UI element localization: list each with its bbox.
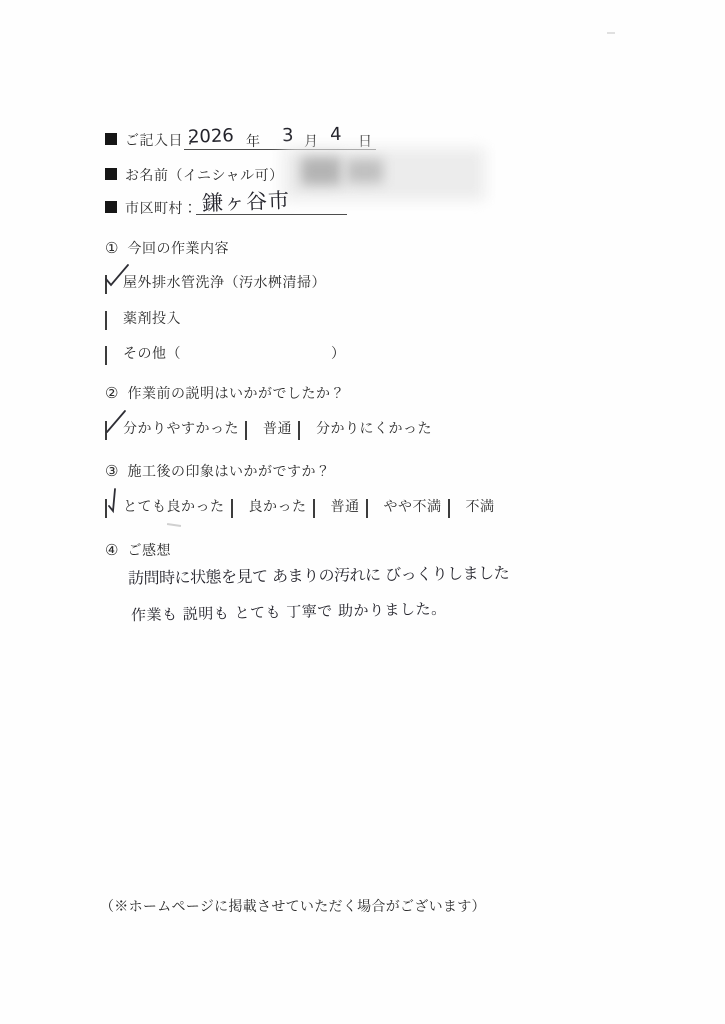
q2-option-row: 分かりやすかった 普通 分かりにくかった	[105, 418, 432, 438]
q3-option: とても良かった	[105, 496, 225, 516]
q4-handwritten-comment-line: 作業も 説明も とても 丁寧で 助かりました。	[131, 598, 447, 626]
checkbox	[366, 500, 378, 512]
bullet-square-icon	[105, 201, 117, 213]
q1-option-label: その他（	[123, 343, 181, 363]
q3-option-row: とても良かった 良かった 普通 やや不満	[105, 496, 495, 516]
q4-handwritten-comment-line: 訪問時に状態を見て あまりの汚れに びっくりしました	[128, 560, 509, 588]
checkbox	[105, 276, 117, 288]
q3-option-label: 良かった	[249, 496, 307, 516]
bullet-square-icon	[105, 168, 117, 180]
q4-title-text: ご感想	[127, 540, 171, 560]
q3-title: ③ 施工後の印象はいかがですか？	[105, 461, 330, 481]
q3-option: 良かった	[231, 496, 307, 516]
checkbox-box	[245, 421, 247, 440]
q3-option-label: やや不満	[384, 496, 442, 516]
q4-number: ④	[105, 541, 118, 560]
q2-option: 分かりにくかった	[298, 418, 432, 438]
q2-number: ②	[105, 384, 118, 403]
blur-blob	[347, 159, 383, 183]
q1-option-suffix: ）	[331, 343, 346, 363]
checkmark-icon	[102, 487, 130, 515]
bullet-square-icon	[105, 133, 117, 145]
date-day-handwritten: 4	[330, 124, 342, 145]
q2-title: ② 作業前の説明はいかがでしたか？	[105, 383, 345, 403]
checkbox	[245, 422, 257, 434]
checkbox-box	[366, 499, 368, 518]
q1-title-text: 今回の作業内容	[127, 238, 229, 258]
q3-option-label: 普通	[331, 496, 360, 516]
name-value-redacted-blur	[283, 148, 485, 200]
checkbox-box	[231, 499, 233, 518]
checkmark-icon	[102, 409, 130, 437]
blur-blob	[301, 157, 341, 185]
checkbox	[231, 500, 243, 512]
q4-title: ④ ご感想	[105, 540, 171, 560]
scan-artifact	[167, 523, 181, 527]
city-value-handwritten: 鎌ヶ谷市	[202, 184, 291, 217]
date-year-handwritten: 2026	[188, 125, 235, 148]
city-label: 市区町村：	[125, 198, 198, 218]
q1-option-label: 屋外排水管洗浄（汚水桝清掃）	[123, 272, 326, 292]
q3-option-label: とても良かった	[123, 496, 225, 516]
q2-title-text: 作業前の説明はいかがでしたか？	[127, 383, 345, 403]
checkbox	[105, 312, 117, 324]
checkbox	[105, 347, 117, 359]
footer-note: （※ホームページに掲載させていただく場合がございます）	[100, 896, 486, 916]
q2-option: 分かりやすかった	[105, 418, 239, 438]
date-year-unit: 年	[246, 131, 261, 151]
q2-option-label: 普通	[263, 418, 292, 438]
q1-option-row: その他（ ）	[105, 343, 346, 363]
checkbox-box	[298, 421, 300, 440]
q2-option-label: 分かりやすかった	[123, 418, 239, 438]
q3-option: 不満	[448, 496, 495, 516]
city-underline	[196, 214, 347, 215]
q1-option-label: 薬剤投入	[123, 308, 181, 328]
checkbox-box	[313, 499, 315, 518]
name-label: お名前（イニシャル可）	[125, 165, 284, 185]
q3-option: やや不満	[366, 496, 442, 516]
scanned-survey-form: ご記入日： 2026 年 3 月 4 日 お名前（イニシャル可） 市区町村： 鎌…	[0, 0, 725, 1024]
checkbox	[313, 500, 325, 512]
checkbox	[448, 500, 460, 512]
q1-option-row: 薬剤投入	[105, 308, 181, 328]
q2-option: 普通	[245, 418, 292, 438]
q1-number: ①	[105, 239, 118, 258]
q3-option: 普通	[313, 496, 360, 516]
checkbox-box	[105, 311, 107, 330]
checkbox-box	[448, 499, 450, 518]
date-label: ご記入日：	[125, 130, 198, 150]
q3-title-text: 施工後の印象はいかがですか？	[127, 461, 330, 481]
date-month-handwritten: 3	[282, 125, 294, 146]
checkbox	[298, 422, 310, 434]
checkbox	[105, 422, 117, 434]
scan-artifact	[607, 32, 615, 34]
q2-option-label: 分かりにくかった	[316, 418, 432, 438]
q3-option-label: 不満	[466, 496, 495, 516]
q1-option-row: 屋外排水管洗浄（汚水桝清掃）	[105, 272, 326, 292]
checkmark-icon	[102, 263, 130, 291]
q3-number: ③	[105, 462, 118, 481]
q1-title: ① 今回の作業内容	[105, 238, 229, 258]
checkbox	[105, 500, 117, 512]
checkbox-box	[105, 346, 107, 365]
